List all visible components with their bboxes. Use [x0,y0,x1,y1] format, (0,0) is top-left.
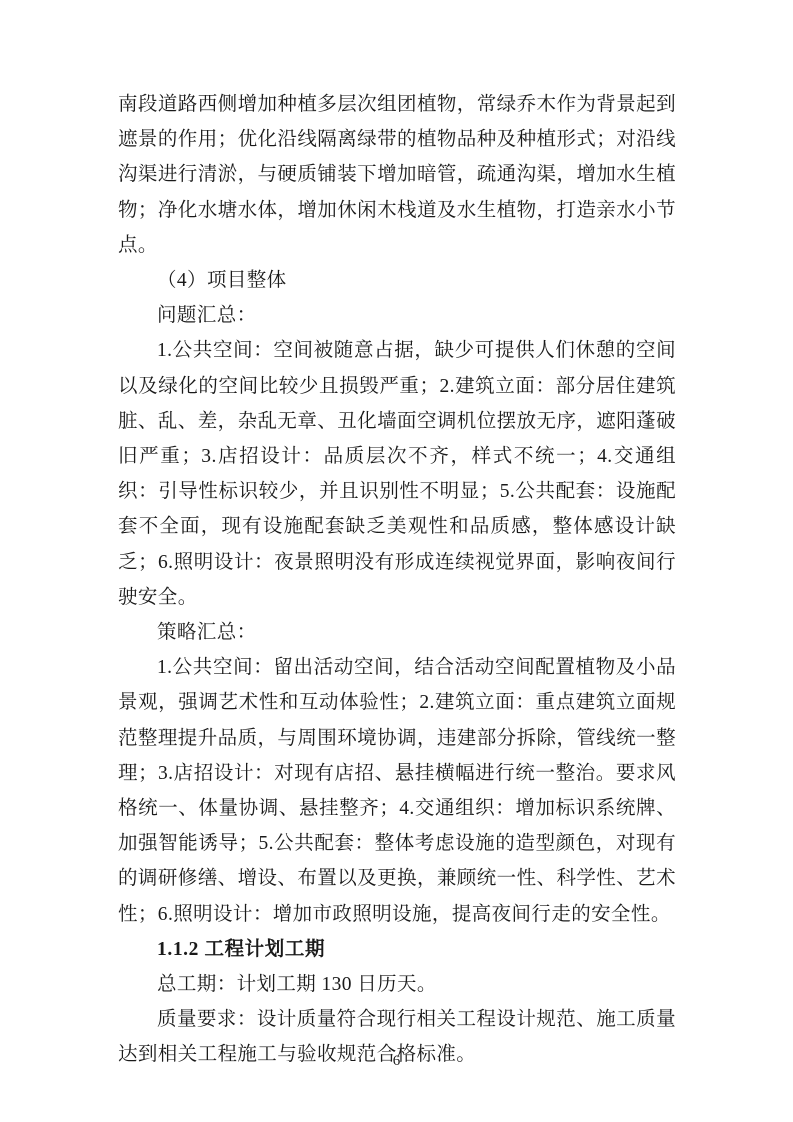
page-footer: 6 [0,1051,793,1071]
paragraph-strategies-label: 策略汇总： [118,615,676,650]
section-heading-1-1-2: 1.1.2 工程计划工期 [118,932,676,967]
paragraph-problems-summary: 1.公共空间：空间被随意占据，缺少可提供人们休憩的空间以及绿化的空间比较少且损毁… [118,333,676,615]
paragraph-problems-label: 问题汇总： [118,298,676,333]
document-page: 南段道路西侧增加种植多层次组团植物，常绿乔木作为背景起到遮景的作用；优化沿线隔离… [0,0,793,1122]
paragraph-total-duration: 总工期：计划工期 130 日历天。 [118,967,676,1002]
paragraph-item4-title: （4）项目整体 [118,263,676,298]
paragraph-continuation: 南段道路西侧增加种植多层次组团植物，常绿乔木作为背景起到遮景的作用；优化沿线隔离… [118,87,676,263]
paragraph-strategies-summary: 1.公共空间：留出活动空间，结合活动空间配置植物及小品景观，强调艺术性和互动体验… [118,650,676,932]
page-number: 6 [393,1053,401,1069]
document-body: 南段道路西侧增加种植多层次组团植物，常绿乔木作为背景起到遮景的作用；优化沿线隔离… [118,87,676,1073]
